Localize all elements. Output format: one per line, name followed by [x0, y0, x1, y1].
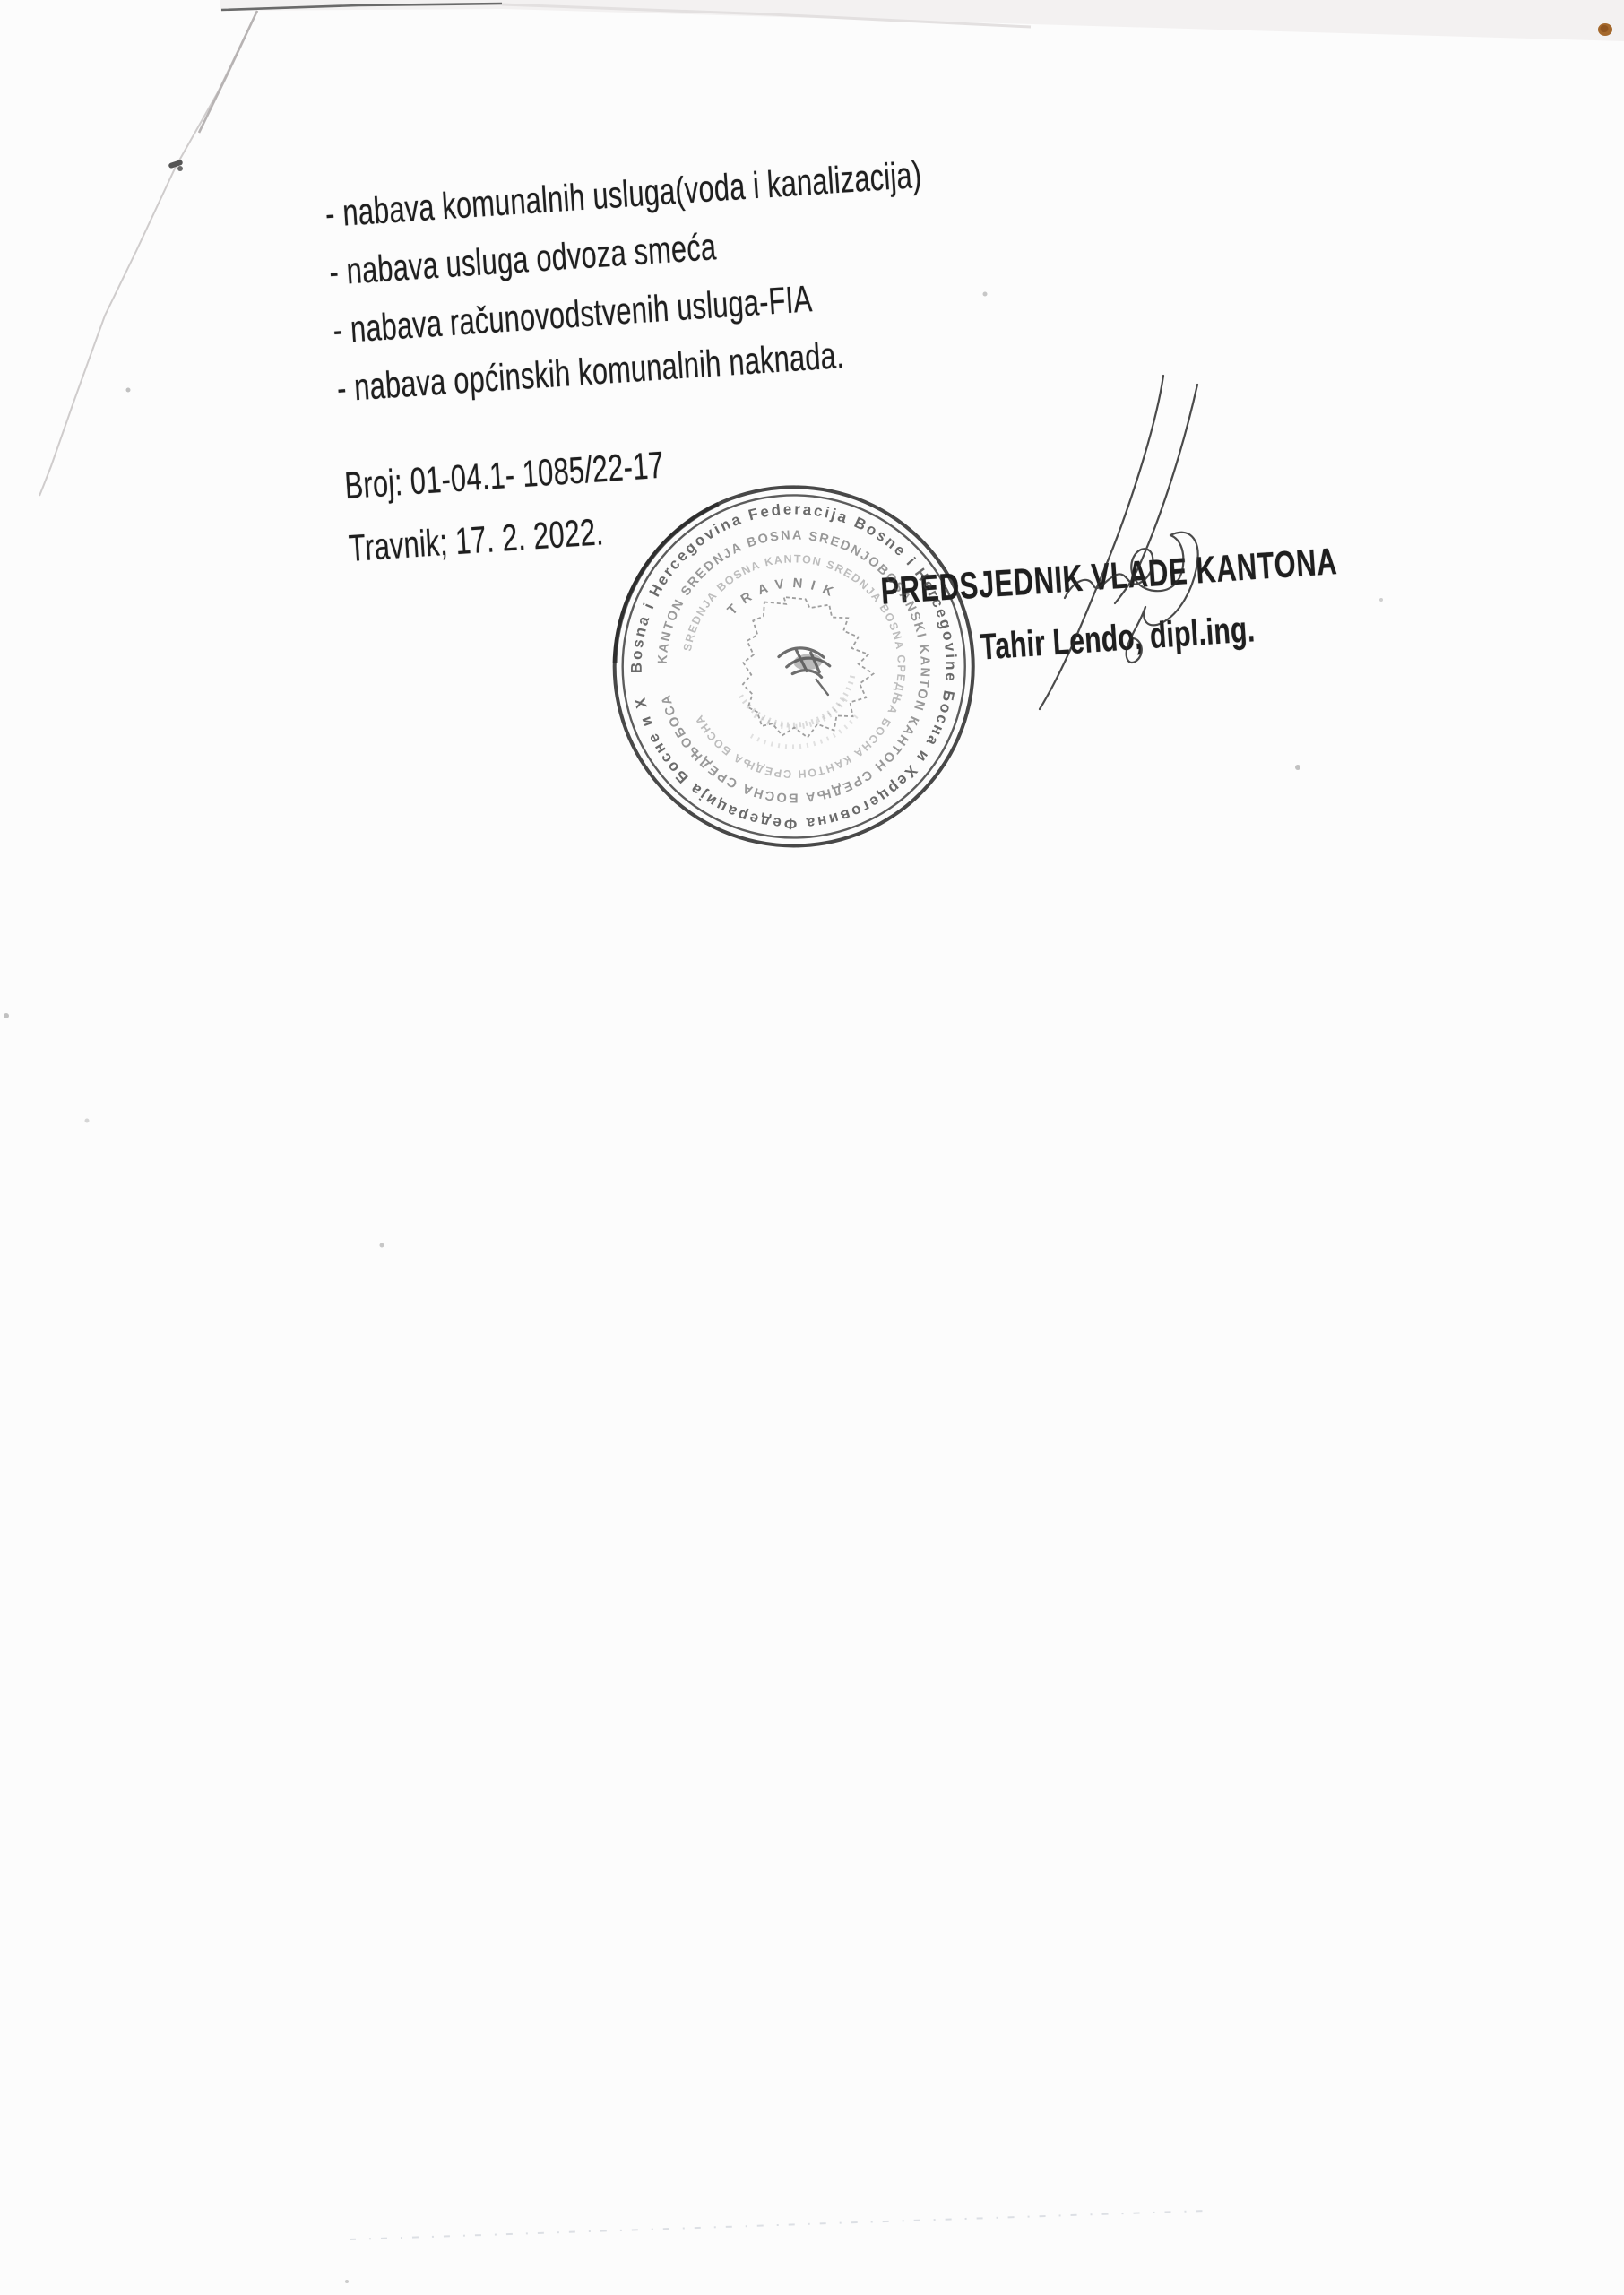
list-item: - nabava općinskih komunalnih naknada. [336, 336, 845, 407]
crease-debris-dot [177, 166, 183, 171]
list-item: - nabava usluga odvoza smeća [328, 228, 717, 291]
scan-crease-dark-segment [199, 11, 257, 133]
stamp-center-text: TRAVNIK [723, 574, 843, 619]
signature-loop [1144, 533, 1197, 626]
stamp-bottom-speckle-arcs [740, 672, 864, 755]
signature-long-stroke [1040, 376, 1163, 709]
handwritten-signature [1022, 363, 1228, 740]
stamp-outer-circle [593, 466, 994, 867]
bottom-scan-streak [350, 2211, 1205, 2239]
crease-debris-mark [168, 160, 183, 169]
stamp-seal-graphic: Bosna i Hercegovina Federacija Bosne i H… [593, 466, 994, 867]
scan-crease-line [39, 11, 257, 496]
printed-content: - nabava komunalnih usluga(voda i kanali… [324, 112, 1624, 1272]
stamp-second-circle [596, 469, 991, 864]
signature-second-stroke [1115, 385, 1197, 603]
stamp-emblem-scribble [778, 646, 831, 698]
paper-edge-faint [502, 4, 1031, 27]
place-date-line: Travnik; 17. 2. 2022. [348, 513, 605, 567]
corner-ink-dot-core [1601, 25, 1609, 32]
svg-text:TRAVNIK: TRAVNIK [723, 574, 843, 619]
signature-tail [1127, 607, 1145, 663]
signature-strokes [1022, 363, 1228, 740]
list-item: - nabava računovodstvenih usluga-FIA [332, 280, 813, 349]
signature-scrawl [1065, 535, 1183, 598]
corner-ink-dot [1598, 23, 1612, 36]
fold-edge-line [221, 4, 502, 10]
list-item: - nabava komunalnih usluga(voda i kanali… [324, 156, 923, 233]
scanner-background-wedge [220, 0, 1624, 41]
scanned-document-page: - nabava komunalnih usluga(voda i kanali… [0, 0, 1624, 2295]
official-stamp: Bosna i Hercegovina Federacija Bosne i H… [593, 466, 994, 867]
